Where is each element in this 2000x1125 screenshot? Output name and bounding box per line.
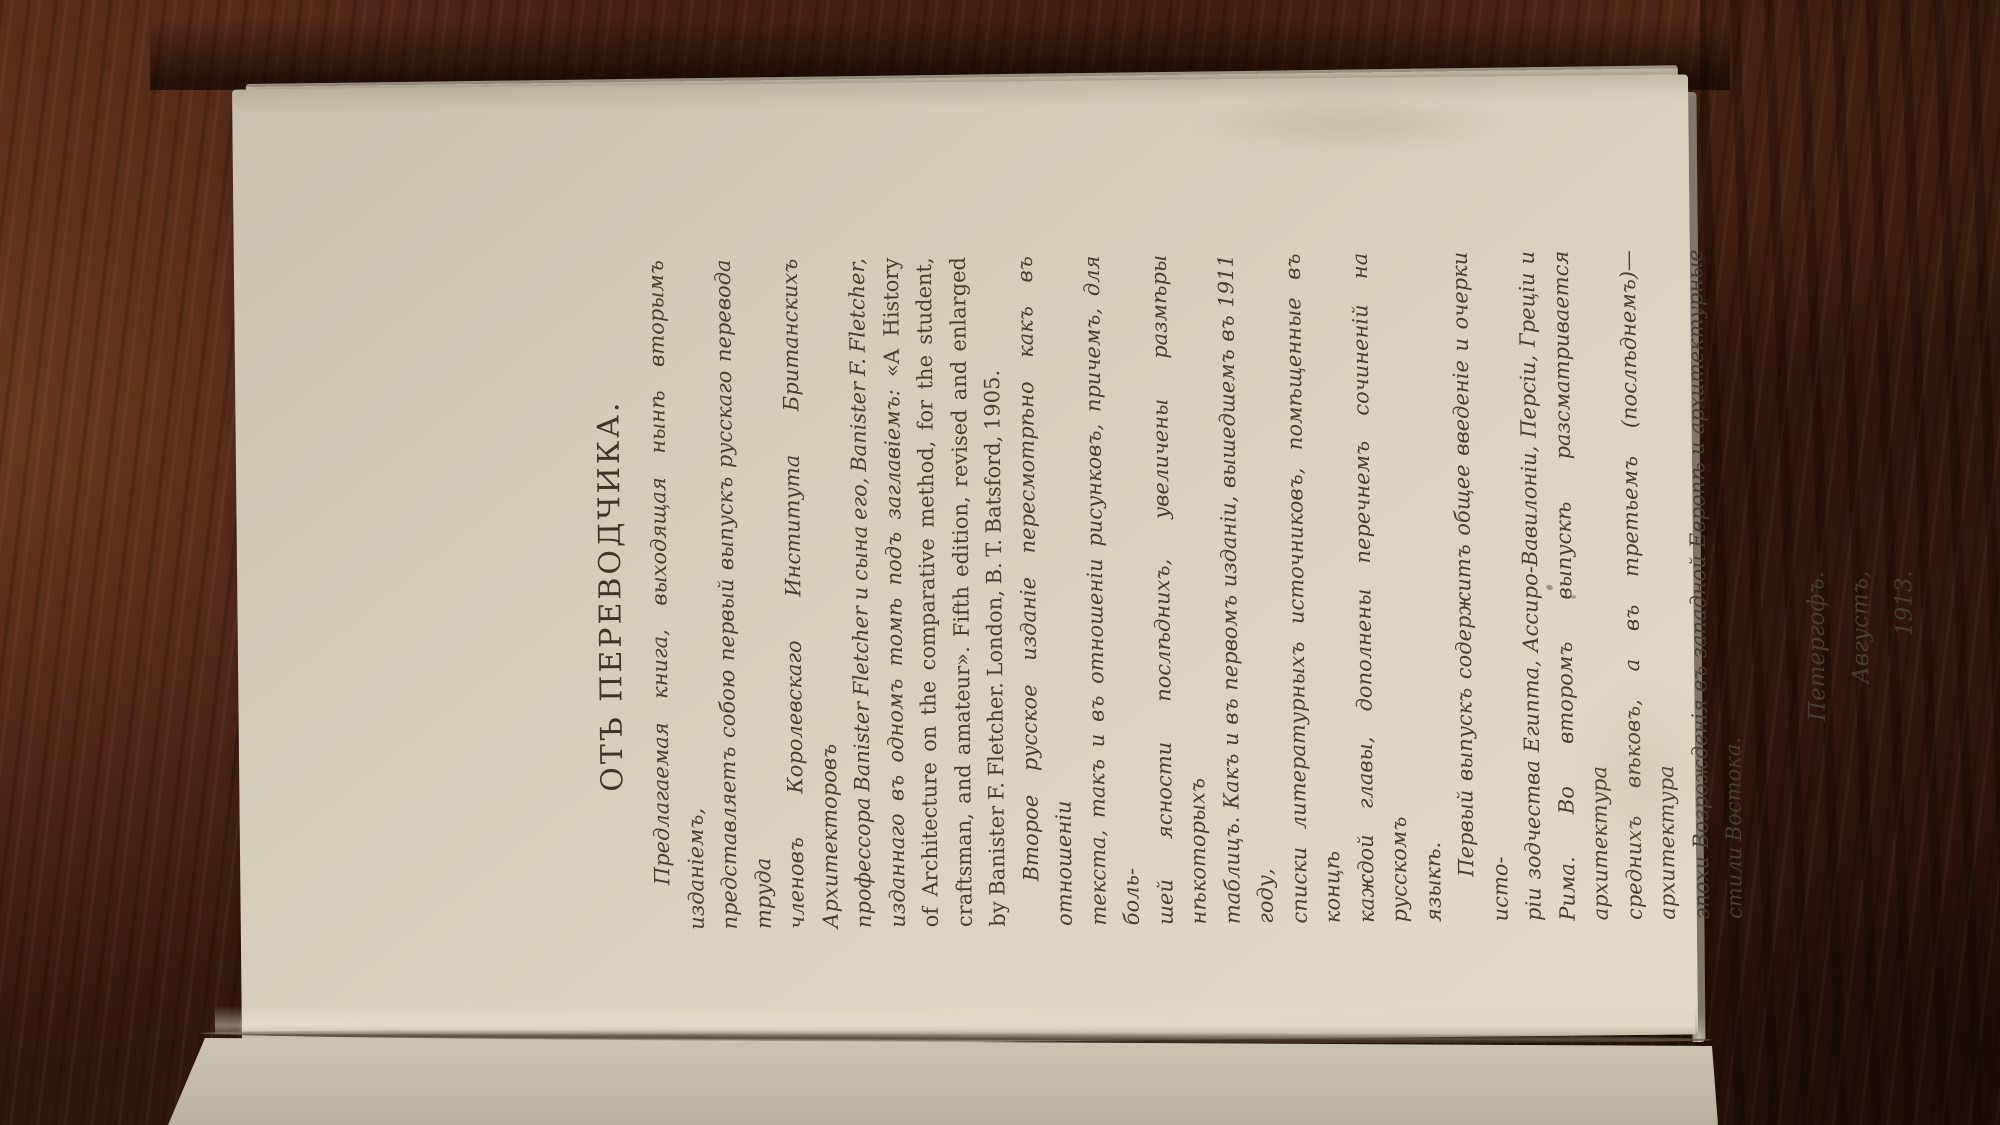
text-line: craftsman, and amateur». Fifth edition, … [941,257,982,927]
paragraph-1: Предлагаемая книга, выходящая нынѣ вторы… [640,257,1015,931]
text-line: таблицъ. Какъ и въ первомъ изданіи, выше… [1209,254,1283,925]
text-line: текста, такъ и въ отношеніи рисунковъ, п… [1075,255,1149,926]
paragraph-2: Второе русское изданіе пересмотрѣно какъ… [1008,252,1450,927]
signature-date: Августъ, 1913. [1838,570,1928,733]
text-line: Второе русское изданіе пересмотрѣно какъ… [1008,256,1082,927]
book-page: ОТЪ ПЕРЕВОДЧИКА. Предлагаемая книга, вых… [232,74,1698,1049]
text-line: списки литературныхъ источниковъ, помѣще… [1276,253,1350,924]
signature-place: Петергофъ. [1794,571,1840,733]
text-line: Предлагаемая книга, выходящая нынѣ вторы… [640,260,714,931]
text-line: каждой главы, дополнены перечнемъ сочине… [1343,252,1417,923]
paper-stain [1530,620,1760,940]
text-line: шей ясности послѣднихъ, увеличены размѣр… [1142,254,1216,925]
paper-speck [1571,595,1576,599]
photo-of-open-book-on-wood-table: ОТЪ ПЕРЕВОДЧИКА. Предлагаемая книга, вых… [0,0,2000,1125]
page-title: ОТЪ ПЕРЕВОДЧИКА. [586,260,637,930]
page-fold-highlight [215,1006,1695,1034]
signature-block: Петергофъ. Августъ, 1913. [1794,570,1928,733]
page-text-block: ОТЪ ПЕРЕВОДЧИКА. Предлагаемая книга, вых… [232,74,1698,1049]
text-line: представляетъ собою первый выпускъ русск… [707,259,781,930]
text-line: членовъ Королевскаго Института Британски… [774,258,848,929]
text-line: Первый выпускъ содержитъ общее введеніе … [1444,251,1518,922]
paper-stain [1130,92,1570,166]
underlying-pages-at-binding [168,1036,1718,1125]
